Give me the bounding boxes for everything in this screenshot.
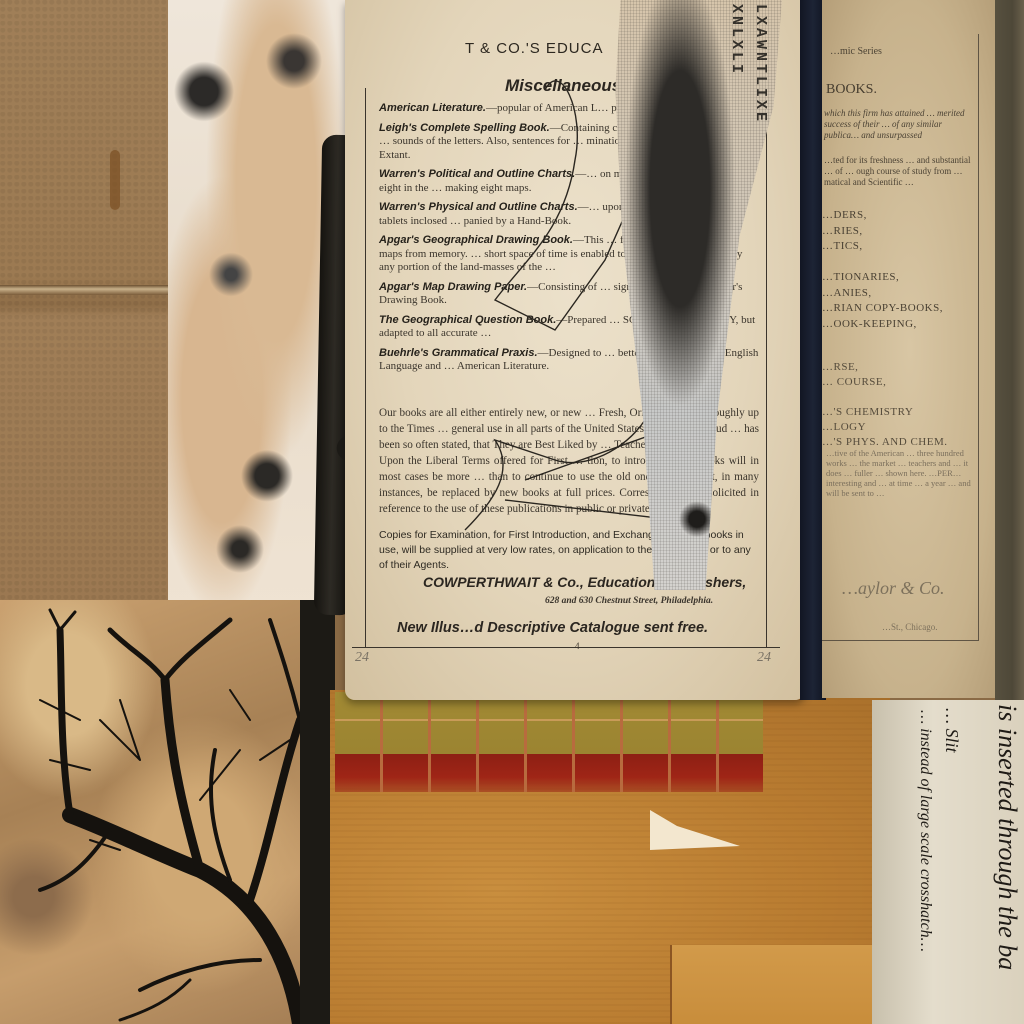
tree-silhouette-icon [0,600,335,1024]
list-item: …LOGY [822,420,947,435]
tree-print-panel [0,600,335,1024]
list-item: …RIES, [822,224,943,240]
series-header: …mic Series [830,46,882,57]
books-heading: BOOKS. [826,82,877,98]
handwritten-script-fabric: is inserted through the ba … Slit … inst… [872,700,1024,1024]
stain-drip [110,150,120,210]
script-line: … instead of large scale crosshatch… [916,710,934,952]
list-item: …DERS, [822,208,943,224]
list-item: …OOK-KEEPING, [822,317,943,333]
script-line: is inserted through the ba [992,704,1022,970]
title-list-2: …RSE, … COURSE, …'S CHEMISTRY …LOGY …'S … [822,360,947,450]
stamped-text: LXAWNTLIXEXNLXLI [632,4,772,124]
title-list-1: …DERS, …RIES, …TICS, …TIONARIES, …ANIES,… [822,208,943,332]
list-item: …'S CHEMISTRY [822,405,947,420]
list-item: …TICS, [822,239,943,255]
cloth-book-edge [995,0,1024,700]
faded-blurb: …tive of the American … three hundred wo… [826,448,974,498]
cardboard-panel [0,0,177,610]
publisher-signature: …aylor & Co. [842,578,945,599]
paper-gap [650,810,740,850]
list-item: …TIONARIES, [822,270,943,286]
list-item [822,255,943,271]
list-item: …RIAN COPY-BOOKS, [822,301,943,317]
plaid-fringe-ribbon [335,692,763,792]
second-book-page: …mic Series BOOKS. which this firm has a… [822,0,997,698]
small-blurb: …ted for its freshness … and substantial… [824,155,974,188]
list-item: … COURSE, [822,375,947,390]
list-item: …ANIES, [822,286,943,302]
ochre-paper-tab [670,945,890,1024]
publisher-city: …St., Chicago. [882,622,938,632]
list-item [822,390,947,405]
list-item: …RSE, [822,360,947,375]
cardboard-seam [0,285,175,295]
script-line: … Slit [941,708,962,753]
italic-blurb: which this firm has attained … merited s… [824,108,974,141]
